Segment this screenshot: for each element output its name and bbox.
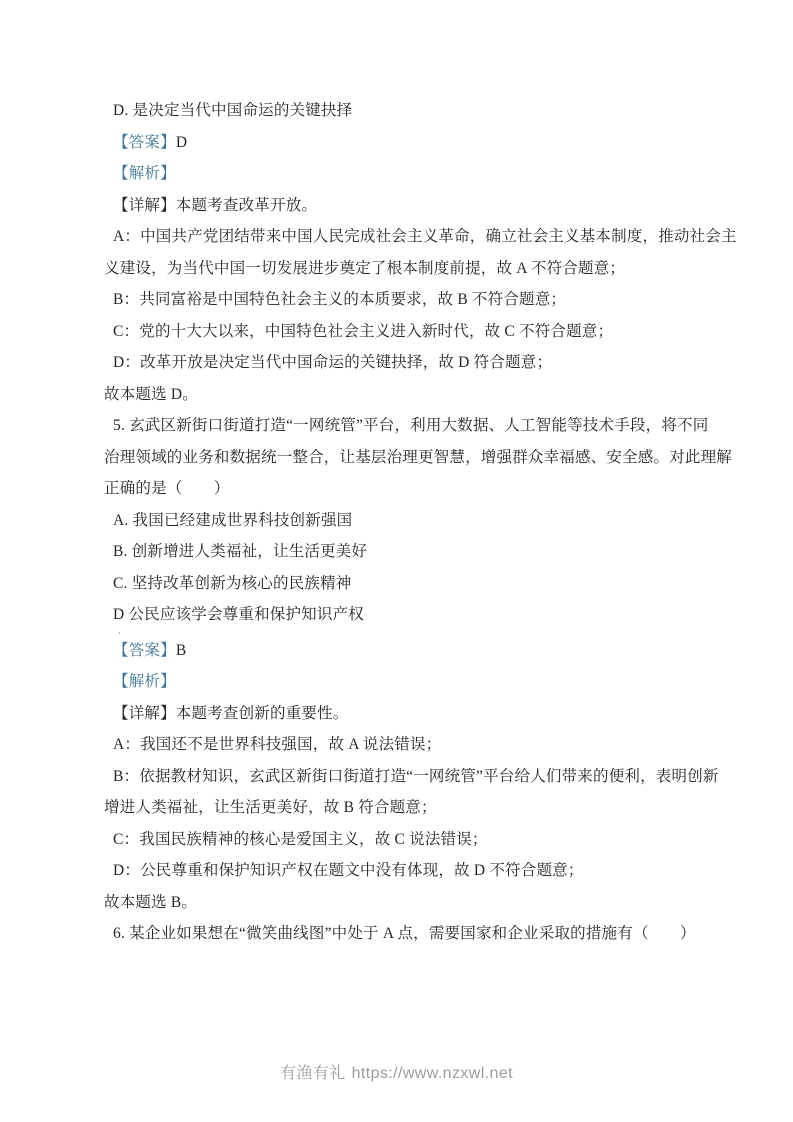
footer-watermark: 有渔有礼https://www.nzxwl.net xyxy=(0,1062,793,1086)
answer-value: B xyxy=(176,642,187,659)
q4-analysis-line: 【解析】 xyxy=(104,158,724,190)
q5-explain-c: C：我国民族精神的核心是爱国主义，故 C 说法错误； xyxy=(104,824,724,856)
q5-detail-line: 【详解】本题考查创新的重要性。 xyxy=(104,698,724,730)
document-body: D. 是决定当代中国命运的关键抉择 【答案】D 【解析】 【详解】本题考查改革开… xyxy=(104,95,724,950)
q4-explain-b: B：共同富裕是中国特色社会主义的本质要求，故 B 不符合题意； xyxy=(104,284,724,316)
answer-value: D xyxy=(176,134,187,151)
q5-stem-line2: 治理领域的业务和数据统一整合，让基层治理更智慧，增强群众幸福感、安全感。对此理解 xyxy=(104,442,724,474)
footer-url: https://www.nzxwl.net xyxy=(352,1065,513,1082)
q4-detail-line: 【详解】本题考查改革开放。 xyxy=(104,190,724,222)
q4-explain-c: C：党的十大大以来，中国特色社会主义进入新时代，故 C 不符合题意； xyxy=(104,316,724,348)
q5-conclusion: 故本题选 B。 xyxy=(104,887,724,919)
q4-explain-a-line1: A：中国共产党团结带来中国人民完成社会主义革命，确立社会主义基本制度，推动社会主 xyxy=(104,221,724,253)
q5-explain-b-line1: B：依据教材知识，玄武区新街口街道打造“一网统管”平台给人们带来的便利，表明创新 xyxy=(104,761,724,793)
q4-conclusion: 故本题选 D。 xyxy=(104,379,724,411)
q4-option-d: D. 是决定当代中国命运的关键抉择 xyxy=(104,95,724,127)
q5-option-c: C. 坚持改革创新为核心的民族精神 xyxy=(104,568,724,600)
q5-explain-a: A：我国还不是世界科技强国，故 A 说法错误； xyxy=(104,729,724,761)
q5-explain-b-line2: 增进人类福祉，让生活更美好，故 B 符合题意； xyxy=(104,792,724,824)
analysis-label: 【解析】 xyxy=(113,165,176,182)
q4-explain-d: D：改革开放是决定当代中国命运的关键抉择，故 D 符合题意； xyxy=(104,347,724,379)
answer-label: 【答案】 xyxy=(113,642,176,659)
q6-stem: 6. 某企业如果想在“微笑曲线图”中处于 A 点，需要国家和企业采取的措施有（ … xyxy=(104,918,724,950)
analysis-label: 【解析】 xyxy=(113,673,176,690)
q5-stem-line3: 正确的是（ ） xyxy=(104,473,724,505)
answer-label: 【答案】 xyxy=(113,134,176,151)
q5-answer-line: 【答案】B xyxy=(104,635,724,667)
q4-explain-a-line2: 义建设，为当代中国一切发展进步奠定了根本制度前提，故 A 不符合题意； xyxy=(104,253,724,285)
q4-answer-line: 【答案】D xyxy=(104,127,724,159)
q5-option-d: D 公民应该学会尊重和保护知识产权 xyxy=(104,599,724,631)
q5-option-a: A. 我国已经建成世界科技创新强国 xyxy=(104,505,724,537)
q5-analysis-line: 【解析】 xyxy=(104,666,724,698)
q5-stem-line1: 5. 玄武区新街口街道打造“一网统管”平台，利用大数据、人工智能等技术手段，将不… xyxy=(104,410,724,442)
q5-explain-d: D：公民尊重和保护知识产权在题文中没有体现，故 D 不符合题意； xyxy=(104,855,724,887)
q5-option-b: B. 创新增进人类福祉，让生活更美好 xyxy=(104,536,724,568)
exam-answer-document-page: D. 是决定当代中国命运的关键抉择 【答案】D 【解析】 【详解】本题考查改革开… xyxy=(0,0,793,1122)
footer-brand: 有渔有礼 xyxy=(280,1065,346,1082)
